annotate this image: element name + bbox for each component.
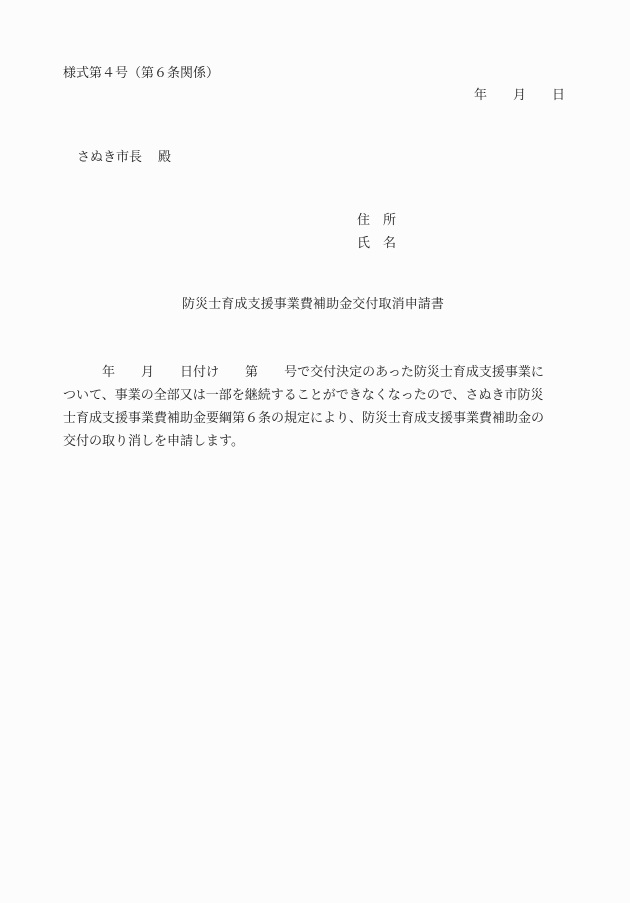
document-title: 防災士育成支援事業費補助金交付取消申請書 <box>182 298 444 311</box>
date-year-label: 年 <box>474 89 487 102</box>
body-number-prefix: 第 <box>245 365 258 380</box>
body-month: 月 <box>141 365 154 380</box>
body-year: 年 <box>102 365 115 380</box>
body-dated: 日付け <box>180 365 219 380</box>
addressee-honorific: 殿 <box>158 150 171 165</box>
applicant-address-label: 住所 <box>357 214 396 237</box>
date-day-label: 日 <box>552 89 565 102</box>
submission-date: 年月日 <box>474 89 565 102</box>
form-number: 様式第４号（第６条関係） <box>63 67 219 80</box>
body-line-3: 士育成支援事業費補助金要綱第６条の規定により、防災士育成支援事業費補助金の <box>63 407 563 430</box>
applicant-block: 住所 氏名 <box>357 214 396 260</box>
body-line-1-rest: 号で交付決定のあった防災士育成支援事業に <box>284 365 544 380</box>
addressee-name: さぬき市長 <box>77 150 142 165</box>
date-month-label: 月 <box>513 89 526 102</box>
addressee: さぬき市長殿 <box>77 151 171 164</box>
body-paragraph: 年月日付け第号で交付決定のあった防災士育成支援事業に ついて、事業の全部又は一部… <box>63 361 563 453</box>
body-line-1: 年月日付け第号で交付決定のあった防災士育成支援事業に <box>63 361 563 384</box>
body-line-2: ついて、事業の全部又は一部を継続することができなくなったので、さぬき市防災 <box>63 384 563 407</box>
body-line-4: 交付の取り消しを申請します。 <box>63 430 563 453</box>
applicant-name-label: 氏名 <box>357 237 396 260</box>
